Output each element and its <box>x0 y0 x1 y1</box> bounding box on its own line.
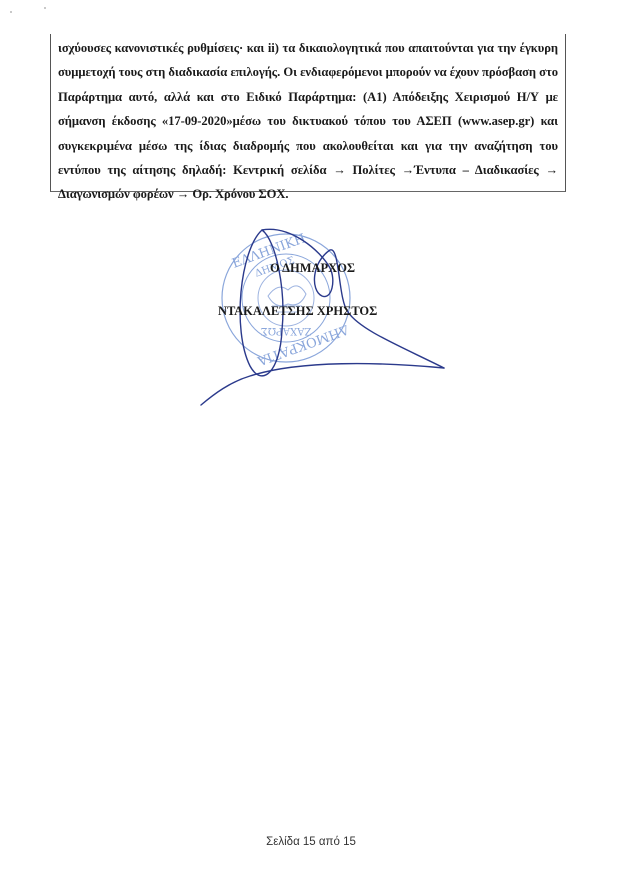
scan-speck <box>10 11 12 13</box>
text-line: σήμανση έκδοσης «17-09-2020»μέσω του δικ… <box>58 109 558 133</box>
text-line: ισχύουσες κανονιστικές ρυθμίσεις· και ii… <box>58 36 558 60</box>
text-line: Παράρτημα αυτό, αλλά και στο Ειδικό Παρά… <box>58 85 558 109</box>
text-box: ισχύουσες κανονιστικές ρυθμίσεις· και ii… <box>50 34 566 192</box>
text-line: συμμετοχή τους στη διαδικασία επιλογής. … <box>58 60 558 84</box>
official-stamp-icon: ΕΛΛΗΝΙΚΗ ΔΗΜΟΚΡΑΤΙΑ ΔΗΜΟΣ ΖΑΧΑΡΩΣ * <box>222 231 350 368</box>
text-line: Διαγωνισμών φορέων → Ορ. Χρόνου ΣΟΧ. <box>58 182 558 206</box>
svg-text:ΖΑΧΑΡΩΣ: ΖΑΧΑΡΩΣ <box>261 325 312 336</box>
signatory-title: Ο ΔΗΜΑΡΧΟΣ <box>270 261 355 276</box>
page-number: Σελίδα 15 από 15 <box>0 836 622 848</box>
paragraph: ισχύουσες κανονιστικές ρυθμίσεις· και ii… <box>58 36 558 207</box>
svg-text:ΔΗΜΟΚΡΑΤΙΑ: ΔΗΜΟΚΡΑΤΙΑ <box>255 321 351 368</box>
scan-speck <box>44 7 46 9</box>
text-line: εντύπου της αίτησης δηλαδή: Κεντρική σελ… <box>58 158 558 182</box>
text-line: συγκεκριμένα μέσω της ίδιας διαδρομής πο… <box>58 134 558 158</box>
signatory-name: ΝΤΑΚΑΛΕΤΣΗΣ ΧΡΗΣΤΟΣ <box>218 304 377 319</box>
